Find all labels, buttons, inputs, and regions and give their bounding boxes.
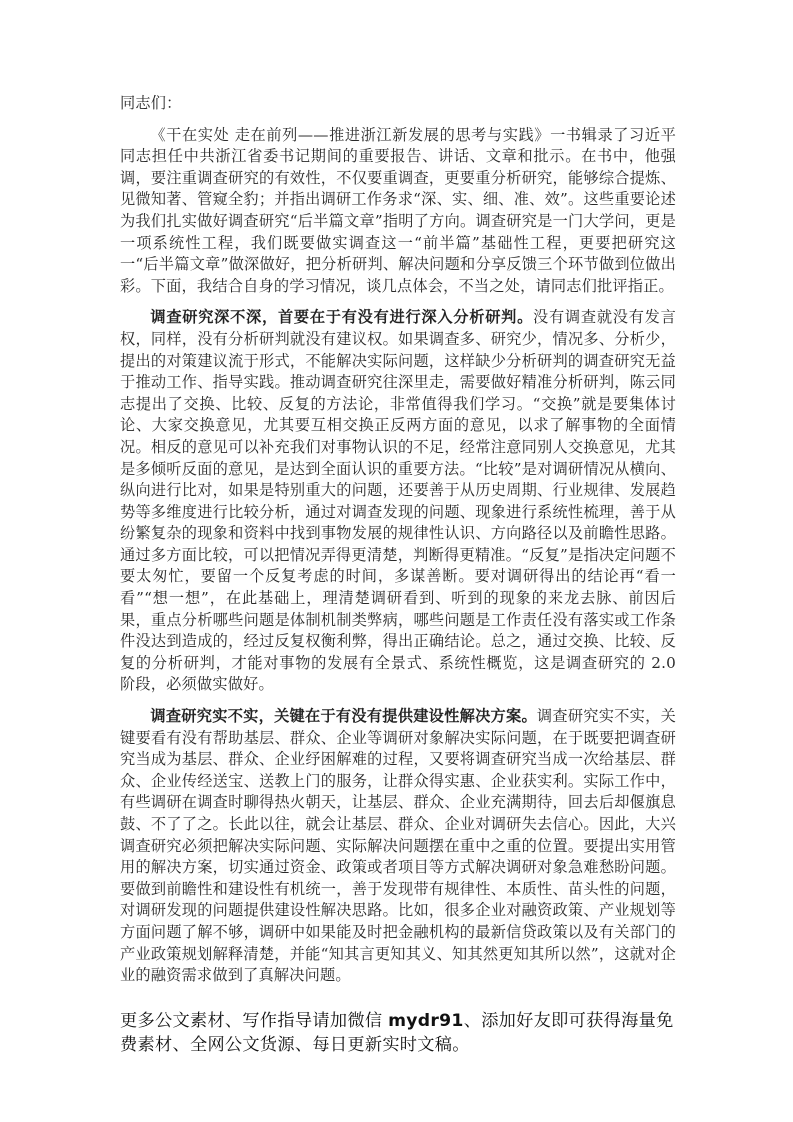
document-body: 同志们： 《干在实处 走在前列——推进浙江新发展的思考与实践》一书辑录了习近平同… <box>120 93 676 997</box>
promo-text-before: 更多公文素材、写作指导请加微信 <box>120 1011 388 1031</box>
paragraph-lead-heading: 调查研究深不深，首要在于有没有进行深入分析研判。 <box>150 308 533 326</box>
paragraph-text: 《干在实处 走在前列——推进浙江新发展的思考与实践》一书辑录了习近平同志担任中共… <box>120 126 676 295</box>
paragraph-text: 没有调查就没有发言权，同样，没有分析研判就没有建议权。如果调查多、研究少，情况多… <box>120 308 676 693</box>
paragraph-intro: 《干在实处 走在前列——推进浙江新发展的思考与实践》一书辑录了习近平同志担任中共… <box>120 125 676 298</box>
paragraph-text: 调查研究实不实，关键要看有没有帮助基层、群众、企业等调研对象解决实际问题，在于既… <box>120 707 676 984</box>
salutation: 同志们： <box>120 93 676 115</box>
paragraph-analysis: 调查研究深不深，首要在于有没有进行深入分析研判。没有调查就没有发言权，同样，没有… <box>120 307 676 696</box>
wechat-id: mydr91 <box>388 1011 464 1031</box>
promo-footer: 更多公文素材、写作指导请加微信 mydr91、添加好友即可获得海量免费素材、全网… <box>120 1009 680 1057</box>
paragraph-solutions: 调查研究实不实，关键在于有没有提供建设性解决方案。调查研究实不实，关键要看有没有… <box>120 706 676 987</box>
paragraph-lead-heading: 调查研究实不实，关键在于有没有提供建设性解决方案。 <box>150 707 537 725</box>
